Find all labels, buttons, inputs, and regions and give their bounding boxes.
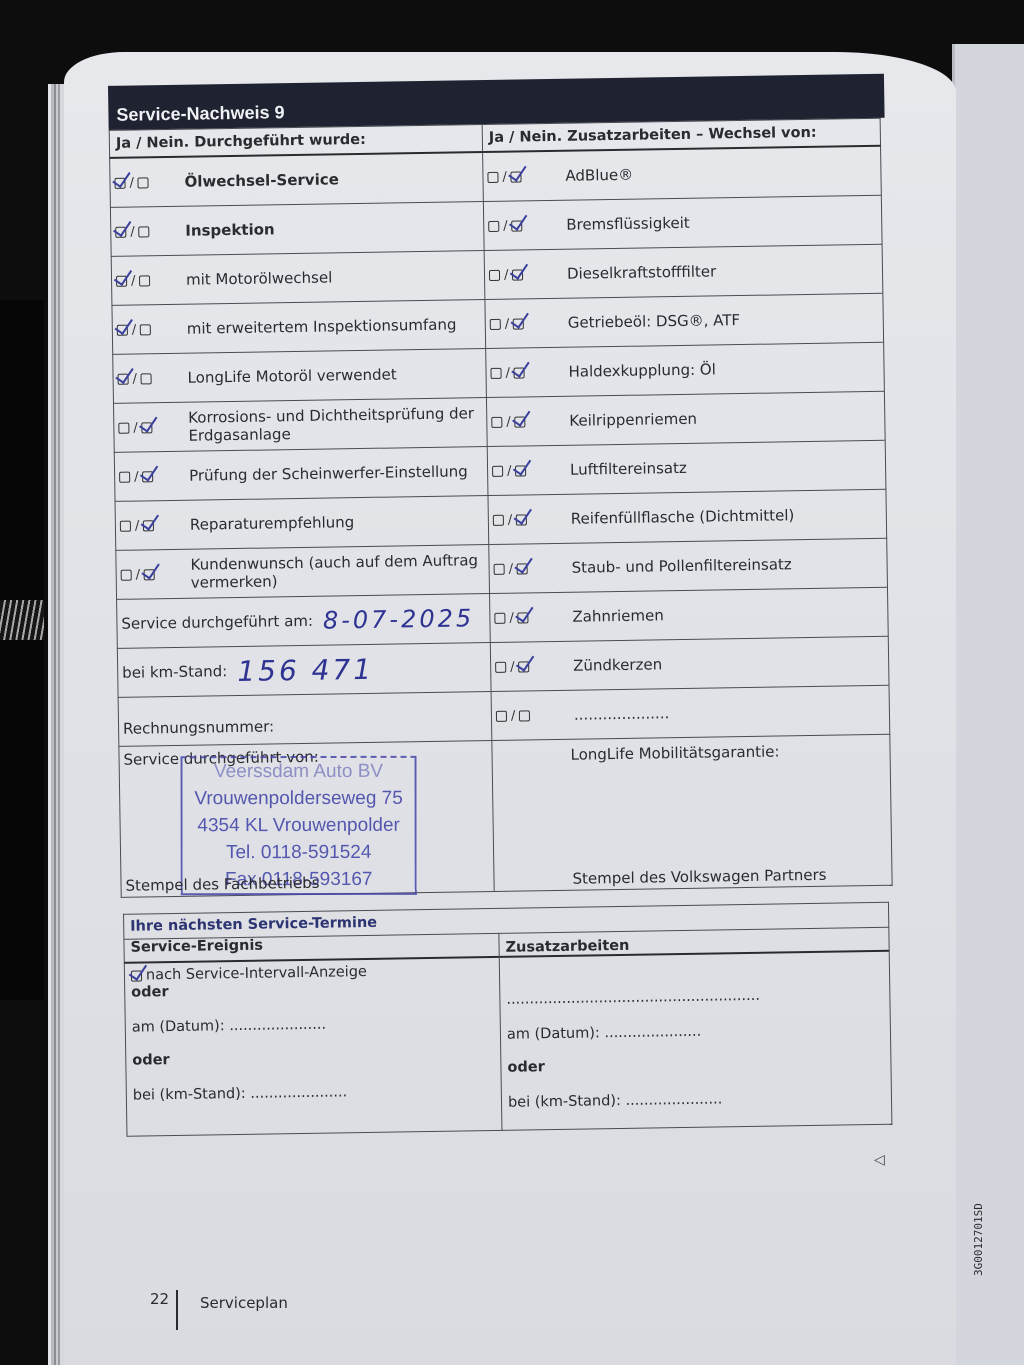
- ja-nein-checkboxes: /: [486, 365, 550, 381]
- ja-checkbox[interactable]: [491, 416, 502, 427]
- ja-checkbox[interactable]: [496, 710, 507, 721]
- next-left-cell: nach Service-Intervall-Anzeige oder am (…: [124, 957, 502, 1136]
- next-page-edge: [952, 44, 1024, 1365]
- service-record-form: Service-Nachweis 9 Ja / Nein. Durchgefüh…: [104, 74, 900, 1137]
- stamp-footer-right: Stempel des Volkswagen Partners: [572, 866, 826, 888]
- left-item-label: Prüfung der Scheinwerfer-Einstellung: [179, 462, 487, 485]
- left-item-row: /Kundenwunsch (auch auf dem Auftrag verm…: [116, 545, 490, 600]
- stamp-line: Tel. 0118-591524: [183, 839, 415, 866]
- ja-nein-checkboxes: /: [484, 218, 548, 234]
- ja-checkbox[interactable]: [490, 318, 501, 329]
- ja-checkbox[interactable]: [487, 171, 498, 182]
- right-item-row: /Reifenfüllflasche (Dichtmittel): [488, 489, 887, 544]
- left-item-label: Inspektion: [175, 217, 483, 240]
- ja-checkbox[interactable]: [494, 563, 505, 574]
- nein-checkbox[interactable]: [516, 514, 527, 525]
- left-item-label: Kundenwunsch (auch auf dem Auftrag verme…: [180, 551, 489, 592]
- next-right-km-field[interactable]: bei (km-Stand): .....................: [508, 1089, 885, 1112]
- ja-nein-checkboxes: /: [114, 419, 178, 435]
- ja-nein-checkboxes: /: [112, 272, 176, 288]
- next-km-field[interactable]: bei (km-Stand): .....................: [133, 1082, 495, 1105]
- right-item-row: /Getriebeöl: DSG®, ATF: [485, 293, 884, 348]
- nein-checkbox[interactable]: [142, 422, 153, 433]
- ja-nein-checkboxes: /: [111, 223, 175, 239]
- service-date-row: Service durchgeführt am:8-07-2025: [117, 594, 491, 649]
- nein-checkbox[interactable]: [140, 324, 151, 335]
- nein-checkbox[interactable]: [138, 177, 149, 188]
- right-item-row: /Dieselkraftstofffilter: [484, 244, 883, 299]
- right-item-label: Bremsflüssigkeit: [548, 211, 881, 234]
- ja-checkbox[interactable]: [118, 373, 129, 384]
- right-item-row: /Luftfiltereinsatz: [487, 440, 886, 495]
- next-extra-field[interactable]: ........................................…: [506, 986, 883, 1009]
- invoice-label: Rechnungsnummer:: [123, 717, 274, 737]
- service-date-label: Service durchgeführt am:: [121, 612, 313, 633]
- nein-checkbox[interactable]: [143, 520, 154, 531]
- nein-checkbox[interactable]: [514, 367, 525, 378]
- nein-checkbox[interactable]: [517, 563, 528, 574]
- right-item-label: Haldexkupplung: Öl: [550, 358, 883, 381]
- document-code: 3G0012701SD: [972, 1203, 985, 1276]
- left-item-row: /Korrosions- und Dichtheitsprüfung der E…: [113, 398, 487, 453]
- left-item-label: mit Motorölwechsel: [176, 266, 484, 289]
- right-item-label: Staub- und Pollenfiltereinsatz: [553, 554, 886, 577]
- page-number: 22: [150, 1290, 169, 1308]
- performed-by-cell: Service durchgeführt von:Veerssdam Auto …: [119, 740, 494, 897]
- ja-checkbox[interactable]: [489, 269, 500, 280]
- right-item-row: /Haldexkupplung: Öl: [486, 342, 885, 397]
- ja-nein-checkboxes: /: [488, 463, 552, 479]
- km-row: bei km-Stand:156 471: [117, 643, 491, 698]
- ja-nein-checkboxes: /: [115, 468, 179, 484]
- right-item-row: /....................: [491, 685, 890, 740]
- left-item-row: /LongLife Motoröl verwendet: [113, 349, 487, 404]
- continue-marker-icon: ◁: [874, 1152, 885, 1168]
- left-item-row: /mit Motorölwechsel: [111, 251, 485, 306]
- interval-checkbox[interactable]: [131, 971, 142, 982]
- ja-checkbox[interactable]: [120, 520, 131, 531]
- nein-checkbox[interactable]: [144, 569, 155, 580]
- km-label: bei km-Stand:: [122, 662, 227, 682]
- left-item-row: /Prüfung der Scheinwerfer-Einstellung: [114, 447, 488, 502]
- next-date-field[interactable]: am (Datum): .....................: [132, 1014, 494, 1037]
- ja-nein-checkboxes: /: [113, 370, 177, 386]
- ja-nein-checkboxes: /: [483, 169, 547, 185]
- ja-checkbox[interactable]: [492, 465, 503, 476]
- nein-checkbox[interactable]: [512, 220, 523, 231]
- ja-nein-checkboxes: /: [491, 658, 555, 674]
- right-item-label: ....................: [556, 701, 889, 724]
- oder-2: oder: [132, 1047, 494, 1070]
- stamp-line: 4354 KL Vrouwenpolder: [183, 812, 415, 839]
- nein-checkbox[interactable]: [513, 318, 524, 329]
- ja-checkbox[interactable]: [114, 177, 125, 188]
- right-item-label: Getriebeöl: DSG®, ATF: [550, 309, 883, 332]
- ja-nein-checkboxes: /: [116, 517, 180, 533]
- km-value[interactable]: 156 471: [237, 652, 374, 687]
- service-table: Ja / Nein. Durchgeführt wurde: Ja / Nein…: [109, 118, 893, 898]
- section-name: Serviceplan: [200, 1294, 288, 1312]
- longlife-cell: LongLife Mobilitätsgarantie:Stempel des …: [492, 734, 892, 891]
- ja-checkbox[interactable]: [490, 367, 501, 378]
- stamp-footer-left: Stempel des Fachbetriebs: [125, 874, 319, 895]
- right-item-label: Dieselkraftstofffilter: [549, 260, 882, 283]
- longlife-label: LongLife Mobilitätsgarantie:: [492, 735, 889, 765]
- service-date-value[interactable]: 8-07-2025: [323, 604, 475, 634]
- invoice-row: Rechnungsnummer:: [118, 691, 492, 746]
- next-service-table: Ihre nächsten Service-Termine Service-Er…: [123, 902, 892, 1137]
- ja-checkbox[interactable]: [493, 514, 504, 525]
- ja-nein-checkboxes: /: [487, 414, 551, 430]
- left-item-label: Ölwechsel-Service: [174, 168, 482, 191]
- right-item-row: /Staub- und Pollenfiltereinsatz: [489, 538, 888, 593]
- right-item-row: /Keilrippenriemen: [486, 391, 885, 446]
- right-item-label: Luftfiltereinsatz: [552, 456, 885, 479]
- right-item-label: Zahnriemen: [554, 603, 887, 626]
- ja-nein-checkboxes: /: [117, 566, 181, 582]
- right-item-row: /Zündkerzen: [490, 636, 889, 691]
- left-item-label: Reparaturempfehlung: [180, 511, 488, 534]
- nein-checkbox[interactable]: [518, 612, 529, 623]
- right-item-row: /AdBlue®: [483, 146, 882, 202]
- ja-nein-checkboxes: /: [490, 560, 554, 576]
- ja-nein-checkboxes: /: [110, 174, 174, 190]
- right-item-label: Reifenfüllflasche (Dichtmittel): [553, 505, 886, 528]
- right-item-label: AdBlue®: [547, 162, 880, 185]
- ja-nein-checkboxes: /: [490, 609, 554, 625]
- right-item-label: Keilrippenriemen: [551, 407, 884, 430]
- oder-3: oder: [507, 1054, 884, 1077]
- nein-checkbox[interactable]: [141, 373, 152, 384]
- ja-checkbox[interactable]: [119, 471, 130, 482]
- ja-checkbox[interactable]: [117, 324, 128, 335]
- footer-divider: [176, 1290, 178, 1330]
- nein-checkbox[interactable]: [139, 275, 150, 286]
- ja-nein-checkboxes: /: [113, 321, 177, 337]
- nein-checkbox[interactable]: [139, 226, 150, 237]
- ja-nein-checkboxes: /: [492, 707, 556, 723]
- next-right-date-field[interactable]: am (Datum): .....................: [507, 1021, 884, 1044]
- ja-nein-checkboxes: /: [485, 267, 549, 283]
- left-item-row: /Inspektion: [110, 202, 484, 257]
- ja-checkbox[interactable]: [495, 661, 506, 672]
- ja-checkbox[interactable]: [116, 275, 127, 286]
- ja-checkbox[interactable]: [494, 612, 505, 623]
- nein-checkbox[interactable]: [511, 171, 522, 182]
- stamp-line: Veerssdam Auto BV: [183, 758, 415, 785]
- ja-nein-checkboxes: /: [486, 316, 550, 332]
- left-item-row: /mit erweitertem Inspektionsumfang: [112, 300, 486, 355]
- background: [0, 300, 44, 1000]
- ja-checkbox[interactable]: [118, 422, 129, 433]
- nein-checkbox[interactable]: [518, 661, 529, 672]
- nein-checkbox[interactable]: [519, 710, 530, 721]
- nein-checkbox[interactable]: [515, 465, 526, 476]
- page-title: Service-Nachweis 9: [116, 102, 284, 126]
- left-item-label: Korrosions- und Dichtheitsprüfung der Er…: [178, 404, 487, 445]
- left-item-row: /Reparaturempfehlung: [115, 496, 489, 551]
- next-right-cell: ........................................…: [499, 951, 892, 1131]
- left-item-row: /Ölwechsel-Service: [110, 152, 484, 207]
- background-strap: [0, 600, 44, 640]
- nein-checkbox[interactable]: [142, 471, 153, 482]
- ja-nein-checkboxes: /: [489, 512, 553, 528]
- nein-checkbox[interactable]: [512, 269, 523, 280]
- right-item-row: /Zahnriemen: [490, 587, 889, 642]
- nein-checkbox[interactable]: [515, 416, 526, 427]
- left-item-label: mit erweitertem Inspektionsumfang: [177, 315, 485, 338]
- left-item-label: LongLife Motoröl verwendet: [177, 364, 485, 387]
- right-item-row: /Bremsflüssigkeit: [483, 195, 882, 250]
- stamp-line: Vrouwenpolderseweg 75: [183, 785, 415, 812]
- ja-checkbox[interactable]: [488, 220, 499, 231]
- right-item-label: Zündkerzen: [555, 652, 888, 675]
- ja-checkbox[interactable]: [115, 226, 126, 237]
- ja-checkbox[interactable]: [121, 569, 132, 580]
